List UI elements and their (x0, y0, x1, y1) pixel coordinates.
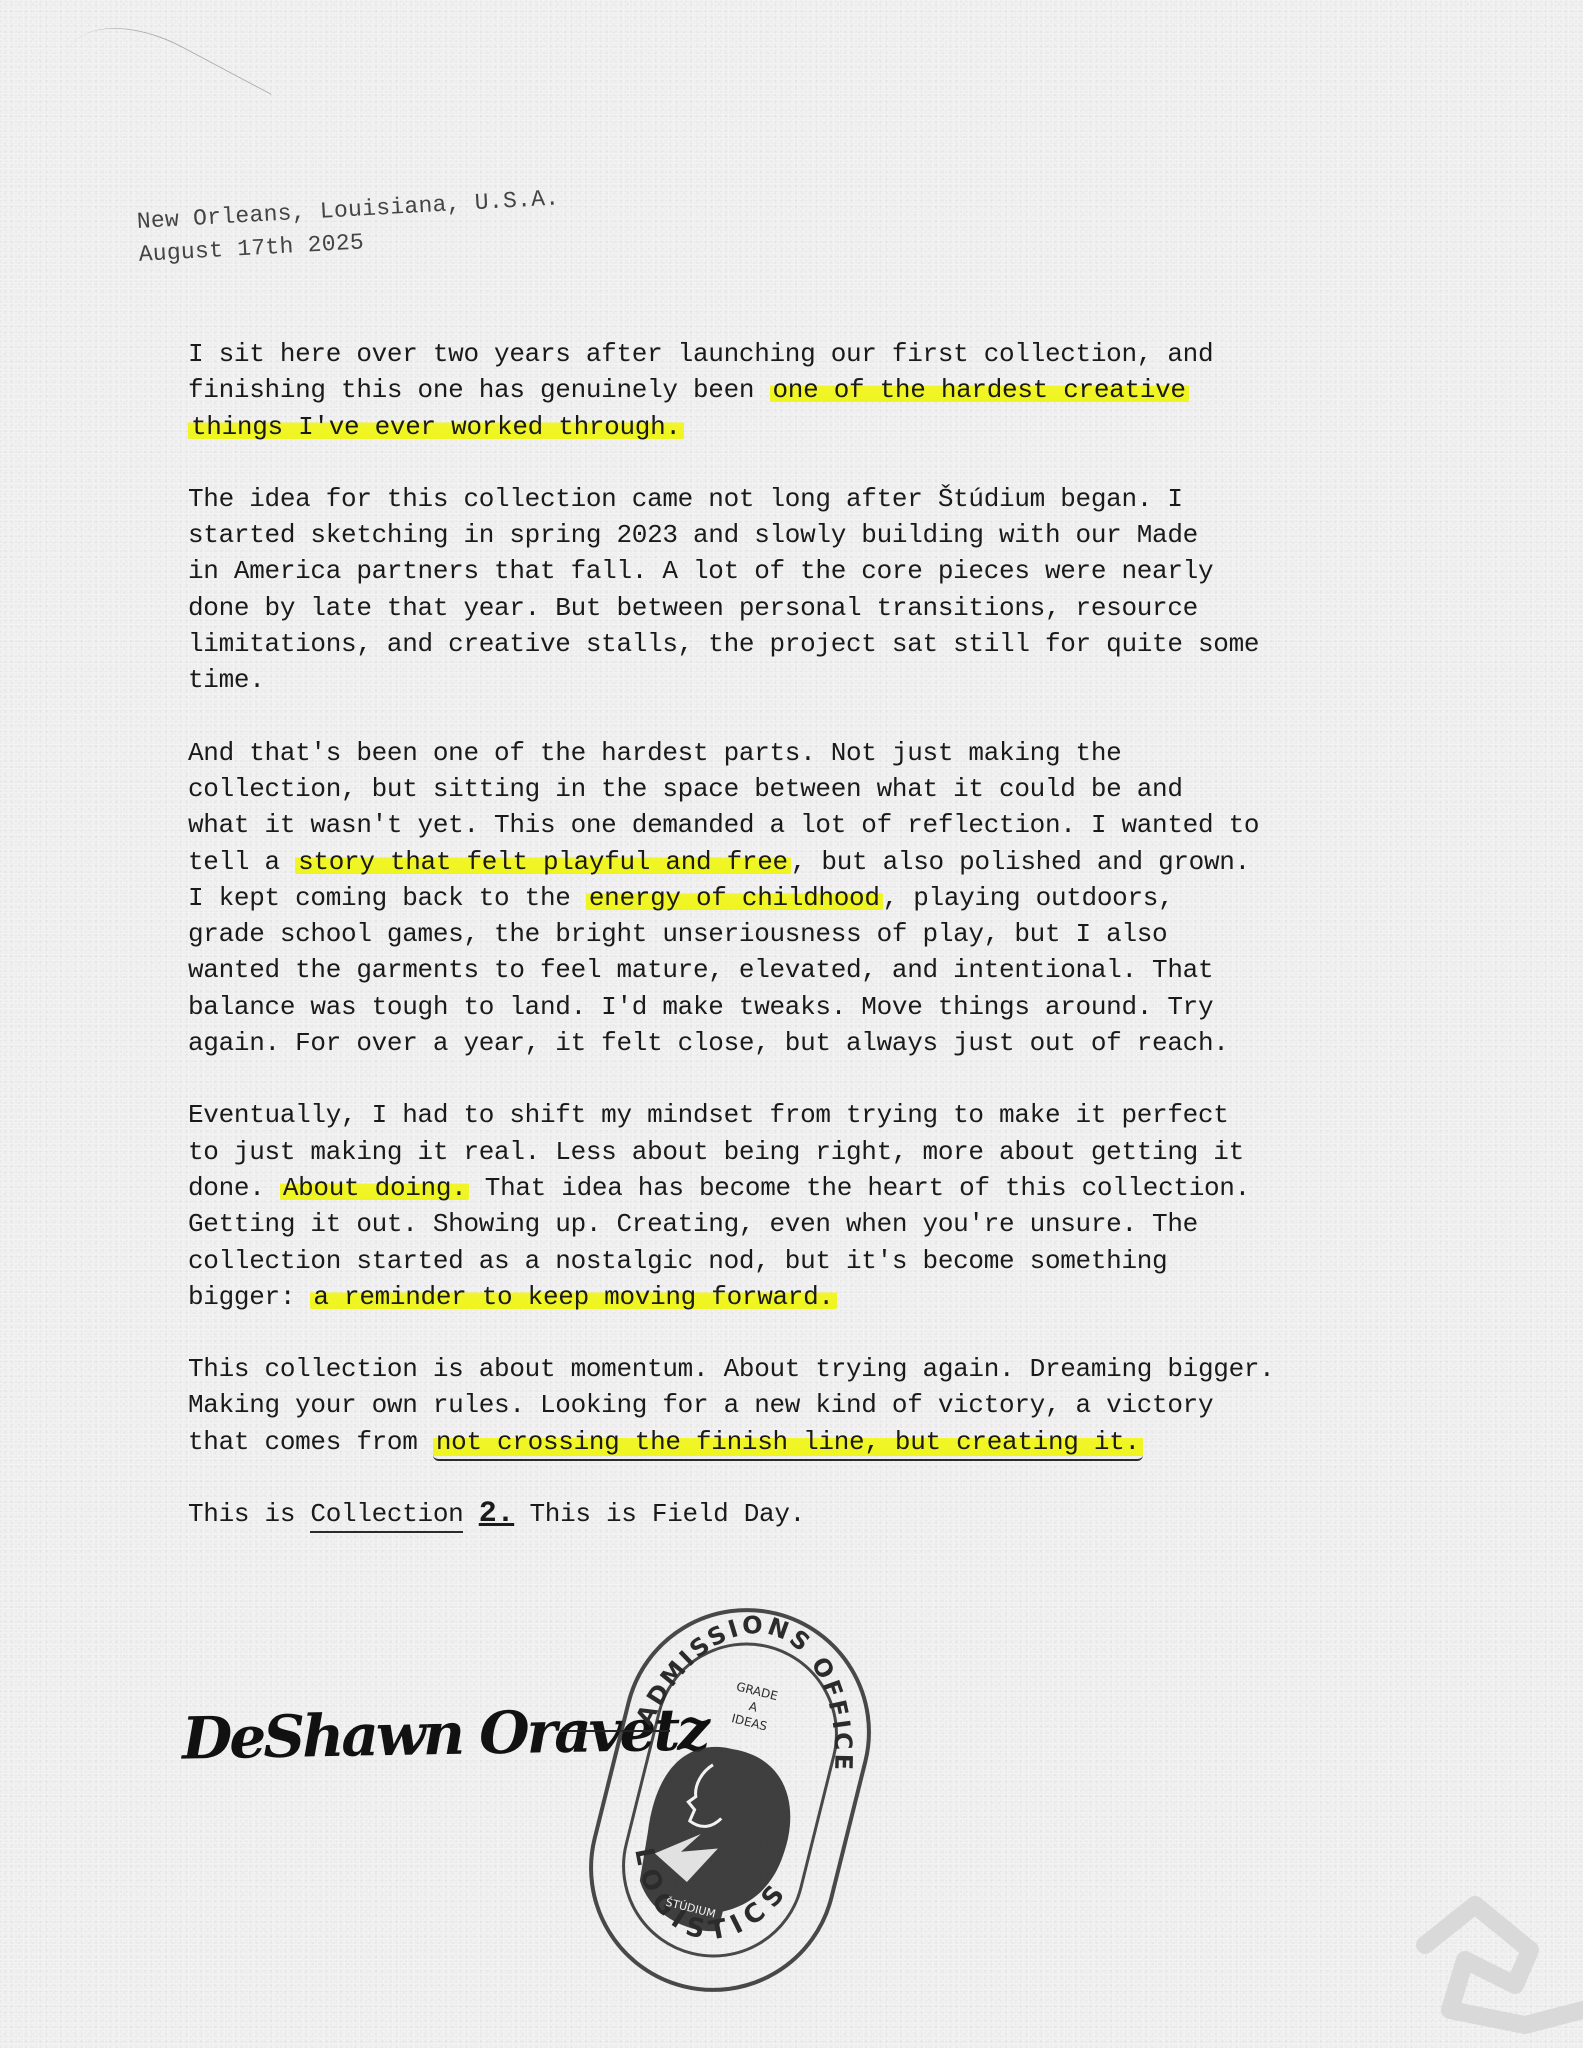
text-line: done by late that year. But between pers… (188, 590, 1448, 626)
text-segment (463, 1499, 478, 1529)
text-segment: Eventually, I had to shift my mindset fr… (188, 1100, 1229, 1130)
text-line: And that's been one of the hardest parts… (188, 735, 1448, 771)
text-segment: collection started as a nostalgic nod, b… (188, 1246, 1167, 1276)
text-line: bigger: a reminder to keep moving forwar… (188, 1279, 1448, 1315)
text-line: This collection is about momentum. About… (188, 1351, 1448, 1387)
text-segment: That idea has become the heart of this c… (469, 1173, 1249, 1203)
letter-paragraph: This is Collection 2. This is Field Day. (188, 1496, 1448, 1532)
letter-paragraph: This collection is about momentum. About… (188, 1351, 1448, 1460)
text-segment: finishing this one has genuinely been (188, 375, 770, 405)
text-line: Eventually, I had to shift my mindset fr… (188, 1097, 1448, 1133)
text-segment: I kept coming back to the (188, 883, 586, 913)
underlined-word: Collection (310, 1499, 463, 1533)
svg-text:IDEAS: IDEAS (730, 1711, 768, 1733)
highlighted-phrase: story that felt playful and free (295, 847, 791, 877)
text-line: collection started as a nostalgic nod, b… (188, 1243, 1448, 1279)
text-segment: , but also polished and grown. (791, 847, 1250, 877)
highlighted-phrase: energy of childhood (586, 883, 883, 913)
text-line: collection, but sitting in the space bet… (188, 771, 1448, 807)
text-line: Making your own rules. Looking for a new… (188, 1387, 1448, 1423)
text-line: done. About doing. That idea has become … (188, 1170, 1448, 1206)
highlighted-phrase: a reminder to keep moving forward. (310, 1282, 836, 1312)
svg-text:A: A (748, 1699, 760, 1715)
text-segment: And that's been one of the hardest parts… (188, 738, 1121, 768)
text-line: This is Collection 2. This is Field Day. (188, 1496, 1448, 1532)
letter-paragraph: And that's been one of the hardest parts… (188, 735, 1448, 1062)
text-line: time. (188, 662, 1448, 698)
text-segment: that comes from (188, 1427, 433, 1457)
letter-paragraph: Eventually, I had to shift my mindset fr… (188, 1097, 1448, 1315)
text-segment: Getting it out. Showing up. Creating, ev… (188, 1209, 1198, 1239)
text-line: what it wasn't yet. This one demanded a … (188, 807, 1448, 843)
highlighted-phrase: things I've ever worked through. (188, 412, 684, 442)
text-segment: The idea for this collection came not lo… (188, 484, 1183, 514)
text-line: things I've ever worked through. (188, 409, 1448, 445)
text-segment: time. (188, 665, 265, 695)
text-line: that comes from not crossing the finish … (188, 1424, 1448, 1460)
brand-mark-icon (1405, 1850, 1583, 2048)
handwritten-number: 2. (479, 1497, 514, 1531)
text-segment: This is (188, 1499, 310, 1529)
text-segment: grade school games, the bright unserious… (188, 919, 1167, 949)
text-line: Getting it out. Showing up. Creating, ev… (188, 1206, 1448, 1242)
highlighted-underlined-phrase: not crossing the finish line, but creati… (433, 1427, 1143, 1461)
text-segment: wanted the garments to feel mature, elev… (188, 955, 1213, 985)
letter-body: I sit here over two years after launchin… (188, 336, 1448, 1568)
text-line: I sit here over two years after launchin… (188, 336, 1448, 372)
text-segment: in America partners that fall. A lot of … (188, 556, 1213, 586)
text-line: grade school games, the bright unserious… (188, 916, 1448, 952)
text-segment: to just making it real. Less about being… (188, 1137, 1244, 1167)
text-line: tell a story that felt playful and free,… (188, 844, 1448, 880)
text-segment: collection, but sitting in the space bet… (188, 774, 1183, 804)
text-line: The idea for this collection came not lo… (188, 481, 1448, 517)
highlighted-phrase: About doing. (280, 1173, 470, 1203)
text-segment: balance was tough to land. I'd make twea… (188, 992, 1213, 1022)
text-line: again. For over a year, it felt close, b… (188, 1025, 1448, 1061)
text-line: started sketching in spring 2023 and slo… (188, 517, 1448, 553)
text-segment: done. (188, 1173, 280, 1203)
text-segment: , playing outdoors, (883, 883, 1174, 913)
text-segment: This collection is about momentum. About… (188, 1354, 1274, 1384)
text-segment: bigger: (188, 1282, 310, 1312)
text-segment: done by late that year. But between pers… (188, 593, 1198, 623)
letter-paragraph: I sit here over two years after launchin… (188, 336, 1448, 445)
letter-paragraph: The idea for this collection came not lo… (188, 481, 1448, 699)
text-line: limitations, and creative stalls, the pr… (188, 626, 1448, 662)
text-segment: Making your own rules. Looking for a new… (188, 1390, 1213, 1420)
text-line: I kept coming back to the energy of chil… (188, 880, 1448, 916)
text-segment: limitations, and creative stalls, the pr… (188, 629, 1259, 659)
stamp-inner-text: GRADE A IDEAS (727, 1679, 779, 1734)
text-line: balance was tough to land. I'd make twea… (188, 989, 1448, 1025)
text-line: wanted the garments to feel mature, elev… (188, 952, 1448, 988)
text-segment: tell a (188, 847, 295, 877)
text-segment: This is Field Day. (514, 1499, 805, 1529)
highlighted-phrase: one of the hardest creative (770, 375, 1189, 405)
text-segment: I sit here over two years after launchin… (188, 339, 1213, 369)
text-line: in America partners that fall. A lot of … (188, 553, 1448, 589)
text-segment: what it wasn't yet. This one demanded a … (188, 810, 1259, 840)
text-line: to just making it real. Less about being… (188, 1134, 1448, 1170)
text-segment: again. For over a year, it felt close, b… (188, 1028, 1229, 1058)
text-segment: started sketching in spring 2023 and slo… (188, 520, 1198, 550)
text-line: finishing this one has genuinely been on… (188, 372, 1448, 408)
